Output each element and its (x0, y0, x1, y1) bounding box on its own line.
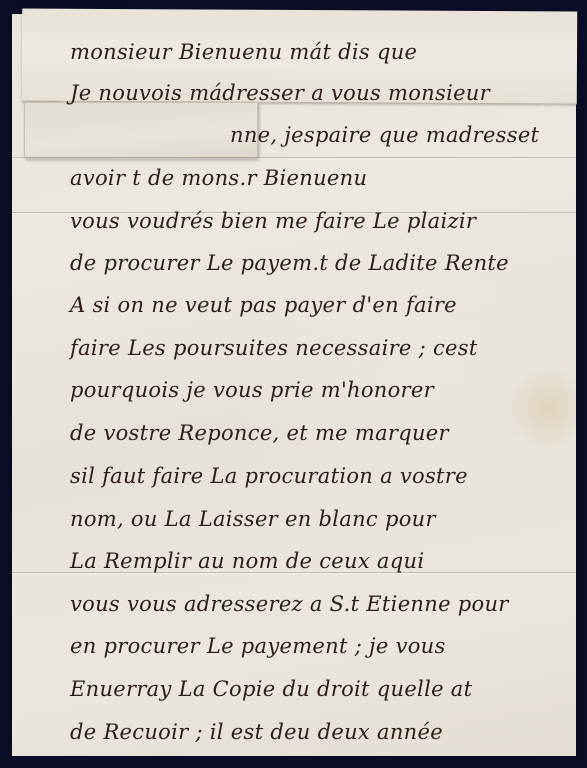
letter-line: A si on ne veut pas payer d'en faire (70, 293, 457, 317)
letter-line: vous voudrés bien me faire Le plaizir (70, 209, 476, 233)
letter-line: nne, jespaire que madresset (230, 123, 539, 147)
letter-line: pourquois je vous prie m'honorer (70, 378, 434, 402)
letter-line: monsieur Bienuenu mát dis que (70, 40, 417, 64)
letter-line: Je nouvois mádresser a vous monsieur (70, 81, 490, 105)
letter-line: de procurer Le payem.t de Ladite Rente (70, 251, 509, 275)
letter-line: La Remplir au nom de ceux aqui (70, 549, 424, 573)
letter-line: de vostre Reponce, et me marquer (70, 421, 449, 445)
letter-line: de Recuoir ; il est deu deux année (70, 720, 443, 744)
scanned-document: monsieur Bienuenu mát dis que Je nouvois… (0, 0, 587, 768)
letter-line: nom, ou La Laisser en blanc pour (70, 507, 436, 531)
letter-line: vous vous adresserez a S.t Etienne pour (70, 592, 509, 616)
letter-line: en procurer Le payement ; je vous (70, 634, 446, 658)
letter-line: Enuerray La Copie du droit quelle at (70, 677, 472, 701)
paper-flap-overlay (24, 102, 258, 158)
letter-line: sil faut faire La procuration a vostre (70, 464, 468, 488)
letter-line: avoir t de mons.r Bienuenu (70, 166, 367, 190)
fold-crease (12, 157, 576, 158)
letter-line: faire Les poursuites necessaire ; cest (70, 336, 478, 360)
